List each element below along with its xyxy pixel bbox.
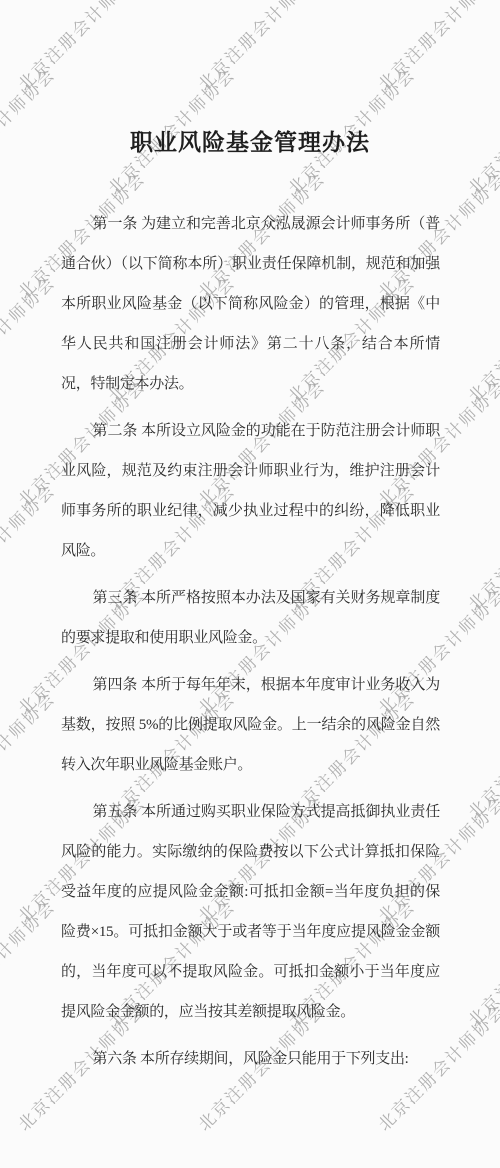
document-content: 职业风险基金管理办法 第一条 为建立和完善北京众泓晟源会计师事务所（普通合伙）（… — [0, 0, 500, 1168]
document-paragraph-article-3: 第三条 本所严格按照本办法及国家有关财务规章制度的要求提取和使用职业风险金。 — [61, 578, 440, 658]
document-paragraph-article-1: 第一条 为建立和完善北京众泓晟源会计师事务所（普通合伙）（以下简称本所）职业责任… — [61, 204, 440, 404]
document-paragraph-article-4: 第四条 本所于每年年末，根据本年度审计业务收入为基数，按照 5%的比例提取风险金… — [61, 665, 440, 785]
document-title: 职业风险基金管理办法 — [0, 124, 500, 157]
document-paragraph-article-6: 第六条 本所存续期间，风险金只能用于下列支出: — [61, 1039, 440, 1079]
scanned-document-page: 北京注册会计师协会北京注册会计师协会北京注册会计师协会北京注册会计师协会北京注册… — [0, 0, 500, 1168]
document-paragraph-article-2: 第二条 本所设立风险金的功能在于防范注册会计师职业风险，规范及约束注册会计师职业… — [61, 411, 440, 571]
document-paragraph-article-5: 第五条 本所通过购买职业保险方式提高抵御执业责任风险的能力。实际缴纳的保险费按以… — [61, 792, 440, 1032]
document-body: 第一条 为建立和完善北京众泓晟源会计师事务所（普通合伙）（以下简称本所）职业责任… — [61, 204, 440, 1086]
